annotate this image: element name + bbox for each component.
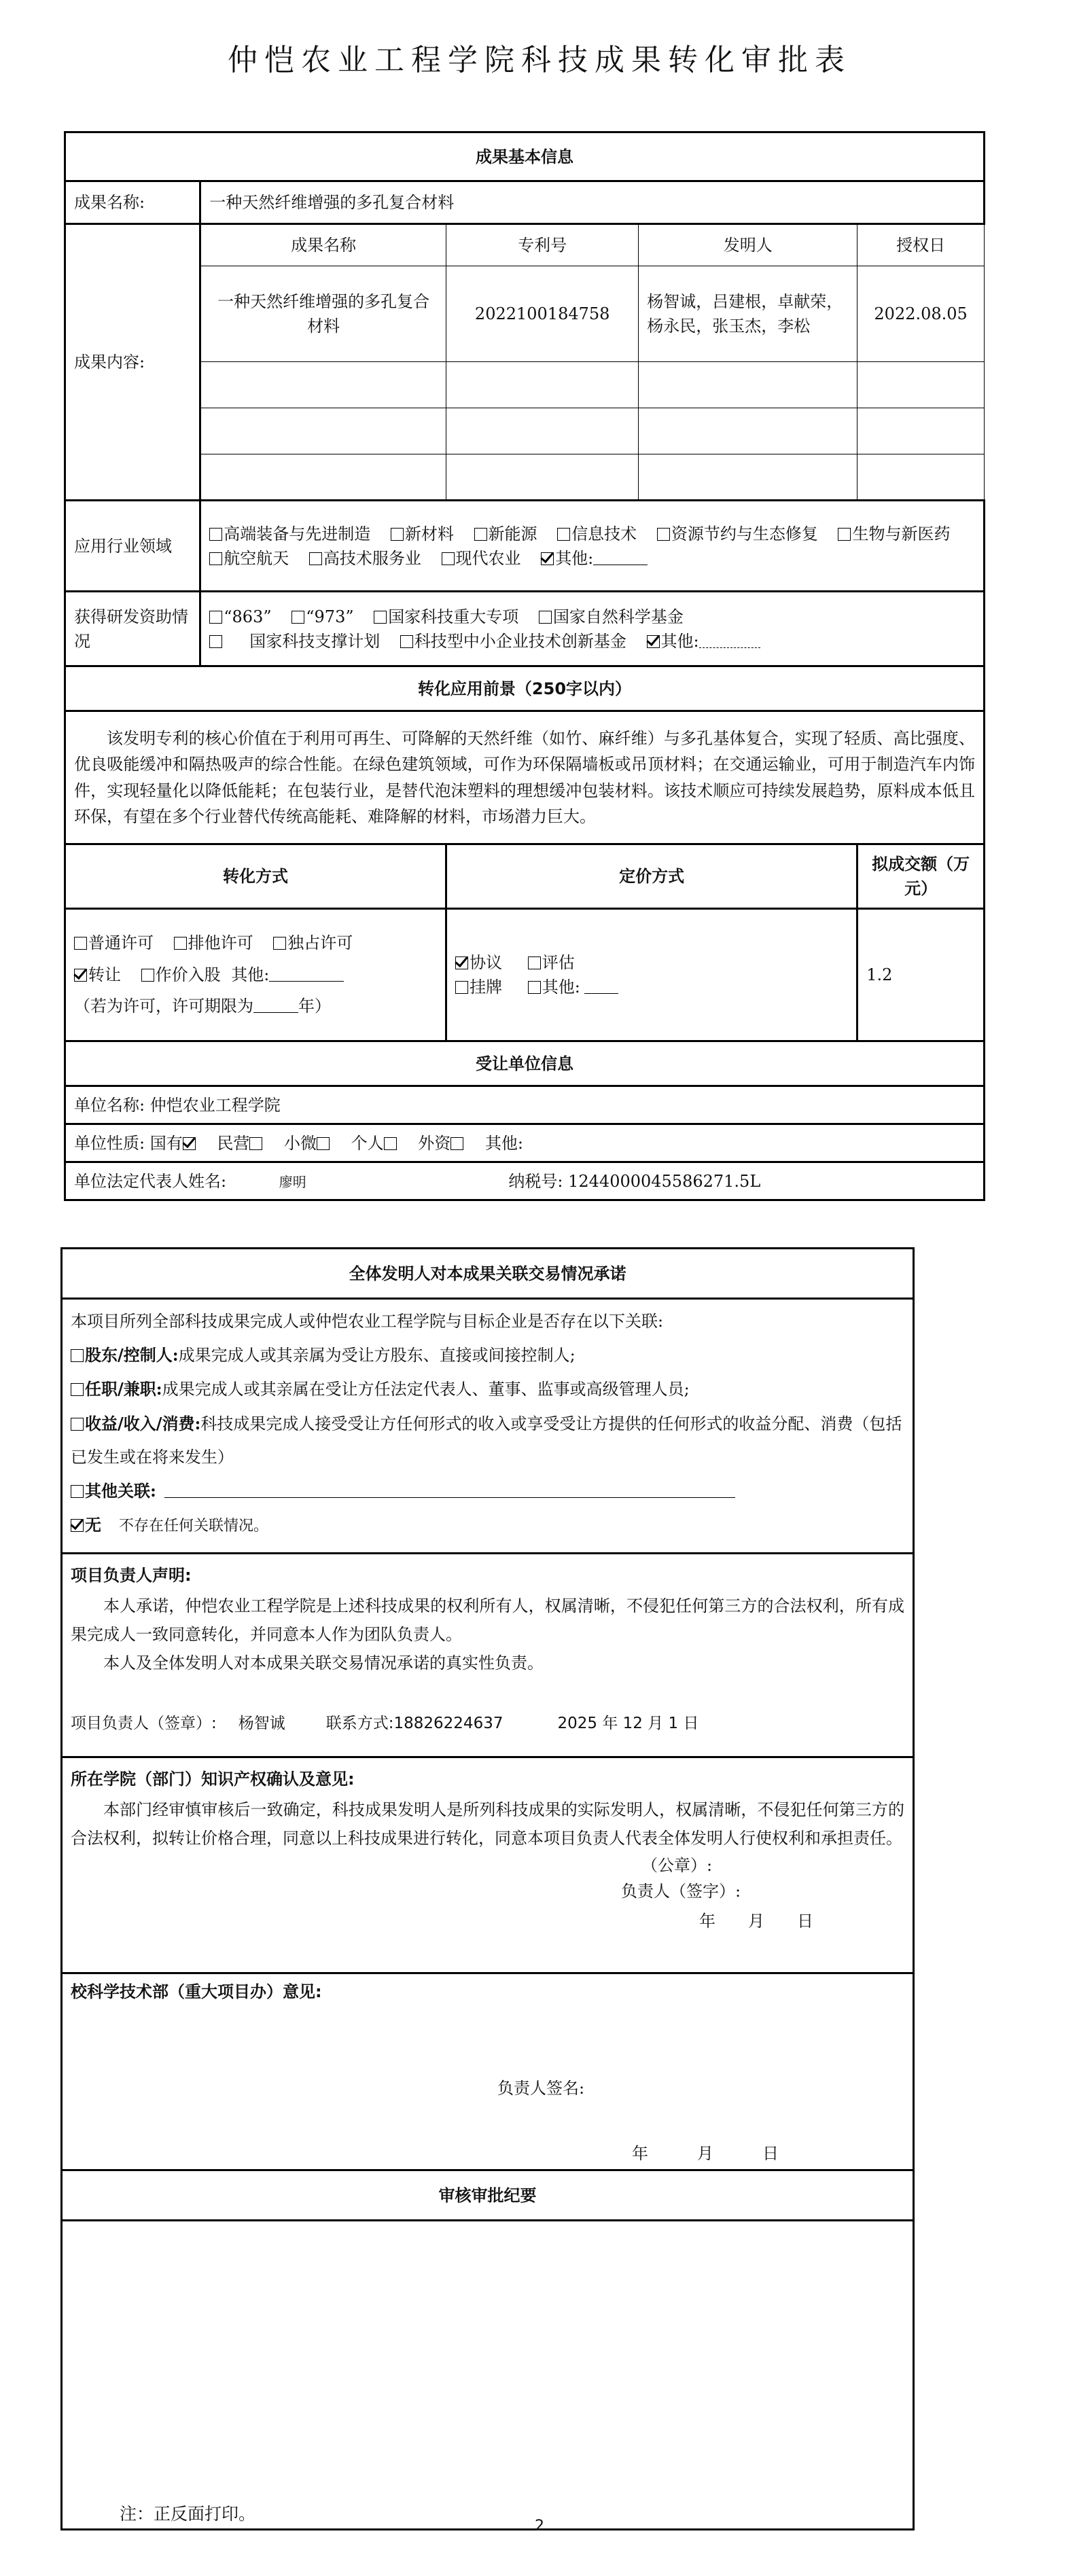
funding-options: “863” “973” 国家科技重大专项 国家自然科学基金 国家科技支撑计划 科… — [200, 592, 985, 666]
cell-grant-date[interactable]: 2022.08.05 — [857, 266, 985, 362]
cell-inventors[interactable] — [639, 454, 857, 501]
pricing-options: 协议 评估 挂牌 其他: — [446, 909, 857, 1041]
section-title-prospect: 转化应用前景（250字以内） — [65, 666, 985, 711]
section-title-commitment: 全体发明人对本成果关联交易情况承诺 — [62, 1249, 914, 1299]
checkbox-icon[interactable] — [141, 969, 154, 982]
column-header-inventors: 发明人 — [639, 224, 857, 266]
cell-name[interactable] — [200, 454, 446, 501]
checkbox-icon[interactable] — [71, 1383, 84, 1396]
college-seal-label: （公章）: — [641, 1853, 904, 1878]
legal-rep-row: 单位法定代表人姓名: 廖明 纳税号: 1244000045586271.5L — [65, 1162, 985, 1200]
industry-option-agriculture[interactable]: 现代农业 — [442, 549, 521, 568]
leader-sign-name[interactable]: 杨智诚 — [238, 1709, 285, 1739]
commitment-item-shareholder[interactable]: 股东/控制人:成果完成人或其亲属为受让方股东、直接或间接控制人; — [71, 1338, 904, 1372]
unit-nature-row: 单位性质: 国有 民营 小微 个人 外资 其他: — [65, 1124, 985, 1162]
checkbox-checked-icon[interactable] — [74, 969, 87, 982]
legal-rep-value[interactable]: 廖明 — [232, 1172, 503, 1192]
funding-option-sme-fund[interactable]: 科技型中小企业技术创新基金 — [400, 632, 626, 651]
leader-statement-para2: 本人及全体发明人对本成果关联交易情况承诺的真实性负责。 — [71, 1649, 904, 1677]
checkbox-icon[interactable] — [209, 528, 222, 541]
pricing-other[interactable]: 其他: — [528, 978, 618, 997]
transfer-method-options: 普通许可 排他许可 独占许可 转让 作价入股 其他: （若为许可，许可期限为年） — [65, 909, 446, 1041]
contact-label: 联系方式: — [326, 1709, 394, 1739]
method-exclusive-license[interactable]: 排他许可 — [174, 933, 253, 952]
checkbox-icon[interactable] — [249, 1137, 262, 1150]
industry-option-it[interactable]: 信息技术 — [557, 524, 637, 543]
method-equity[interactable]: 作价入股 — [141, 965, 221, 984]
unit-nature-label: 单位性质: — [74, 1134, 145, 1153]
funding-option-other[interactable]: 其他: — [647, 632, 760, 651]
checkbox-icon[interactable] — [209, 635, 222, 648]
cell-inventors[interactable]: 杨智诚，吕建根，卓献荣，杨永民，张玉杰，李松 — [639, 266, 857, 362]
nature-foreign[interactable]: 外资 — [418, 1134, 465, 1153]
unit-name-value[interactable]: 仲恺农业工程学院 — [150, 1096, 281, 1115]
commitment-other-blank[interactable] — [164, 1482, 735, 1498]
checkbox-icon[interactable] — [291, 611, 304, 624]
nature-private[interactable]: 民营 — [217, 1134, 264, 1153]
leader-sign-row: 项目负责人（签章）: 杨智诚 联系方式: 18826224637 2025 年 … — [71, 1709, 904, 1739]
funding-other-blank[interactable] — [699, 632, 760, 648]
pricing-method-header: 定价方式 — [446, 844, 857, 909]
cell-inventors[interactable] — [639, 362, 857, 408]
form-title: 仲恺农业工程学院科技成果转化审批表 — [0, 35, 1079, 79]
amount-value[interactable]: 1.2 — [857, 909, 985, 1041]
pricing-appraisal[interactable]: 评估 — [528, 953, 575, 972]
industry-option-other[interactable]: 其他: — [541, 549, 648, 568]
checkbox-checked-icon[interactable] — [183, 1137, 196, 1150]
section-title-basic-info: 成果基本信息 — [65, 132, 985, 181]
industry-label: 应用行业领域 — [65, 501, 200, 592]
achievement-name-label: 成果名称: — [65, 181, 200, 224]
checkbox-checked-icon[interactable] — [647, 635, 660, 648]
nature-individual[interactable]: 个人 — [351, 1134, 398, 1153]
table-row — [65, 408, 985, 454]
checkbox-icon[interactable] — [391, 528, 404, 541]
sci-dept-opinion: 校科学技术部（重大项目办）意见: 负责人签名: 年 月 日 — [62, 1973, 914, 2170]
method-other-blank[interactable] — [269, 966, 344, 982]
unit-name-row: 单位名称: 仲恺农业工程学院 — [65, 1086, 985, 1124]
college-date-label[interactable]: 年 月 日 — [699, 1905, 904, 1937]
unit-name-label: 单位名称: — [74, 1096, 145, 1115]
checkbox-checked-icon[interactable] — [541, 552, 554, 565]
checkbox-icon[interactable] — [539, 611, 552, 624]
industry-option-new-energy[interactable]: 新能源 — [474, 524, 537, 543]
prospect-text[interactable]: 该发明专利的核心价值在于利用可再生、可降解的天然纤维（如竹、麻纤维）与多孔基体复… — [65, 711, 985, 844]
checkbox-icon[interactable] — [528, 956, 541, 969]
column-header-name: 成果名称 — [200, 224, 446, 266]
industry-option-hitech-service[interactable]: 高技术服务业 — [309, 549, 421, 568]
method-ordinary-license[interactable]: 普通许可 — [74, 933, 154, 952]
cell-grant-date[interactable] — [857, 454, 985, 501]
checkbox-icon[interactable] — [74, 937, 87, 950]
column-header-grant-date: 授权日 — [857, 224, 985, 266]
checkbox-icon[interactable] — [442, 552, 455, 565]
column-header-patent-no: 专利号 — [446, 224, 639, 266]
industry-option-manufacturing[interactable]: 高端装备与先进制造 — [209, 524, 370, 543]
commitment-item-position[interactable]: 任职/兼职:成果完成人或其亲属在受让方任法定代表人、董事、监事或高级管理人员; — [71, 1372, 904, 1406]
cell-grant-date[interactable] — [857, 362, 985, 408]
industry-option-biomed[interactable]: 生物与新医药 — [838, 524, 950, 543]
checkbox-icon[interactable] — [174, 937, 187, 950]
pricing-other-blank[interactable] — [584, 978, 618, 994]
checkbox-checked-icon[interactable] — [455, 956, 468, 969]
cell-patent-no[interactable]: 2022100184758 — [446, 266, 639, 362]
college-opinion: 所在学院（部门）知识产权确认及意见: 本部门经审慎审核后一致确定，科技成果发明人… — [62, 1757, 914, 1973]
cell-grant-date[interactable] — [857, 408, 985, 454]
funding-label: 获得研发资助情况 — [65, 592, 200, 666]
industry-options: 高端装备与先进制造 新材料 新能源 信息技术 资源节约与生态修复 生物与新医药 … — [200, 501, 985, 592]
sci-dept-date-label[interactable]: 年 月 日 — [632, 2141, 779, 2166]
college-opinion-text[interactable]: 本部门经审慎审核后一致确定，科技成果发明人是所列科技成果的实际发明人，权属清晰，… — [71, 1795, 904, 1853]
contact-value[interactable]: 18826224637 — [394, 1709, 503, 1739]
checkbox-icon[interactable] — [309, 552, 322, 565]
industry-option-aerospace[interactable]: 航空航天 — [209, 549, 289, 568]
commitment-item-none[interactable]: 无不存在任何关联情况。 — [71, 1508, 904, 1542]
commitment-intro: 本项目所列全部科技成果完成人或仲恺农业工程学院与目标企业是否存在以下关联: — [71, 1305, 904, 1338]
license-term-prefix: （若为许可，许可期限为 — [74, 997, 253, 1016]
industry-option-resource-ecology[interactable]: 资源节约与生态修复 — [657, 524, 818, 543]
checkbox-icon[interactable] — [528, 981, 541, 994]
checkbox-icon[interactable] — [474, 528, 487, 541]
legal-rep-label: 单位法定代表人姓名: — [74, 1172, 226, 1191]
transfer-method-header: 转化方式 — [65, 844, 446, 909]
sci-dept-opinion-heading: 校科学技术部（重大项目办）意见: — [71, 1980, 904, 2004]
pricing-negotiation[interactable]: 协议 — [455, 953, 502, 972]
nature-small-micro[interactable]: 小微 — [284, 1134, 331, 1153]
commitment-body: 本项目所列全部科技成果完成人或仲恺农业工程学院与目标企业是否存在以下关联: 股东… — [62, 1299, 914, 1554]
sci-dept-signer-label[interactable]: 负责人签名: — [497, 2076, 584, 2100]
leader-statement-heading: 项目负责人声明: — [71, 1560, 904, 1592]
funding-option-nsfc[interactable]: 国家自然科学基金 — [539, 607, 684, 626]
checkbox-icon[interactable] — [209, 552, 222, 565]
commitment-item-income[interactable]: 收益/收入/消费:科技成果完成人接受受让方任何形式的收入或享受受让方提供的任何形… — [71, 1407, 904, 1474]
pricing-listing[interactable]: 挂牌 — [455, 978, 502, 997]
college-opinion-heading: 所在学院（部门）知识产权确认及意见: — [71, 1764, 904, 1795]
cell-patent-no[interactable] — [446, 408, 639, 454]
funding-option-support-plan[interactable]: 国家科技支撑计划 — [209, 632, 380, 651]
cell-name[interactable] — [200, 408, 446, 454]
cell-patent-no[interactable] — [446, 454, 639, 501]
method-other-label: 其他: — [231, 965, 269, 984]
industry-option-new-materials[interactable]: 新材料 — [391, 524, 454, 543]
table-row — [65, 362, 985, 408]
license-term-blank[interactable] — [253, 997, 298, 1013]
nature-state-owned[interactable]: 国有 — [150, 1134, 197, 1153]
leader-statement-para1: 本人承诺，仲恺农业工程学院是上述科技成果的权利所有人，权属清晰，不侵犯任何第三方… — [71, 1592, 904, 1649]
achievement-info-table: 成果基本信息 成果名称: 一种天然纤维增强的多孔复合材料 成果内容: 成果名称 … — [64, 131, 985, 1201]
cell-name[interactable] — [200, 362, 446, 408]
license-term-suffix: 年） — [298, 997, 331, 1016]
review-notes-area[interactable] — [62, 2221, 914, 2530]
checkbox-icon[interactable] — [71, 1418, 84, 1431]
table-row: 一种天然纤维增强的多孔复合材料 2022100184758 杨智诚，吕建根，卓献… — [65, 266, 985, 362]
checkbox-icon[interactable] — [455, 981, 468, 994]
industry-other-blank[interactable] — [593, 550, 648, 565]
checkbox-icon[interactable] — [557, 528, 570, 541]
leader-sign-date[interactable]: 2025 年 12 月 1 日 — [557, 1709, 698, 1739]
commitment-item-other[interactable]: 其他关联: — [71, 1474, 904, 1508]
checkbox-icon[interactable] — [400, 635, 413, 648]
commitment-table: 全体发明人对本成果关联交易情况承诺 本项目所列全部科技成果完成人或仲恺农业工程学… — [60, 1247, 915, 2530]
checkbox-icon[interactable] — [209, 611, 222, 624]
method-assignment[interactable]: 转让 — [74, 965, 121, 984]
cell-patent-no[interactable] — [446, 362, 639, 408]
section-title-review: 审核审批纪要 — [62, 2170, 914, 2221]
section-title-assignee: 受让单位信息 — [65, 1041, 985, 1086]
nature-other[interactable]: 其他: — [485, 1134, 523, 1153]
cell-inventors[interactable] — [639, 408, 857, 454]
funding-option-major-project[interactable]: 国家科技重大专项 — [374, 607, 518, 626]
checkbox-icon[interactable] — [374, 611, 387, 624]
method-sole-license[interactable]: 独占许可 — [273, 933, 353, 952]
amount-header: 拟成交额（万元） — [857, 844, 985, 909]
checkbox-icon[interactable] — [71, 1485, 84, 1498]
cell-name[interactable]: 一种天然纤维增强的多孔复合材料 — [200, 266, 446, 362]
checkbox-checked-icon[interactable] — [71, 1519, 84, 1532]
funding-option-863[interactable]: “863” — [209, 607, 271, 626]
page-number: 2 — [0, 2518, 1079, 2535]
table-row — [65, 454, 985, 501]
tax-no-value[interactable]: 1244000045586271.5L — [568, 1172, 760, 1191]
checkbox-icon[interactable] — [273, 937, 286, 950]
checkbox-icon[interactable] — [450, 1137, 463, 1150]
leader-sign-label: 项目负责人（签章）: — [71, 1709, 217, 1739]
checkbox-icon[interactable] — [317, 1137, 330, 1150]
leader-statement: 项目负责人声明: 本人承诺，仲恺农业工程学院是上述科技成果的权利所有人，权属清晰… — [62, 1554, 914, 1757]
achievement-name-value[interactable]: 一种天然纤维增强的多孔复合材料 — [200, 181, 985, 224]
checkbox-icon[interactable] — [657, 528, 670, 541]
checkbox-icon[interactable] — [838, 528, 851, 541]
funding-option-973[interactable]: “973” — [291, 607, 353, 626]
checkbox-icon[interactable] — [384, 1137, 397, 1150]
checkbox-icon[interactable] — [71, 1349, 84, 1362]
tax-no-label: 纳税号: — [508, 1172, 563, 1191]
college-signer-label[interactable]: 负责人（签字）: — [621, 1878, 904, 1904]
achievement-content-label: 成果内容: — [65, 224, 200, 501]
